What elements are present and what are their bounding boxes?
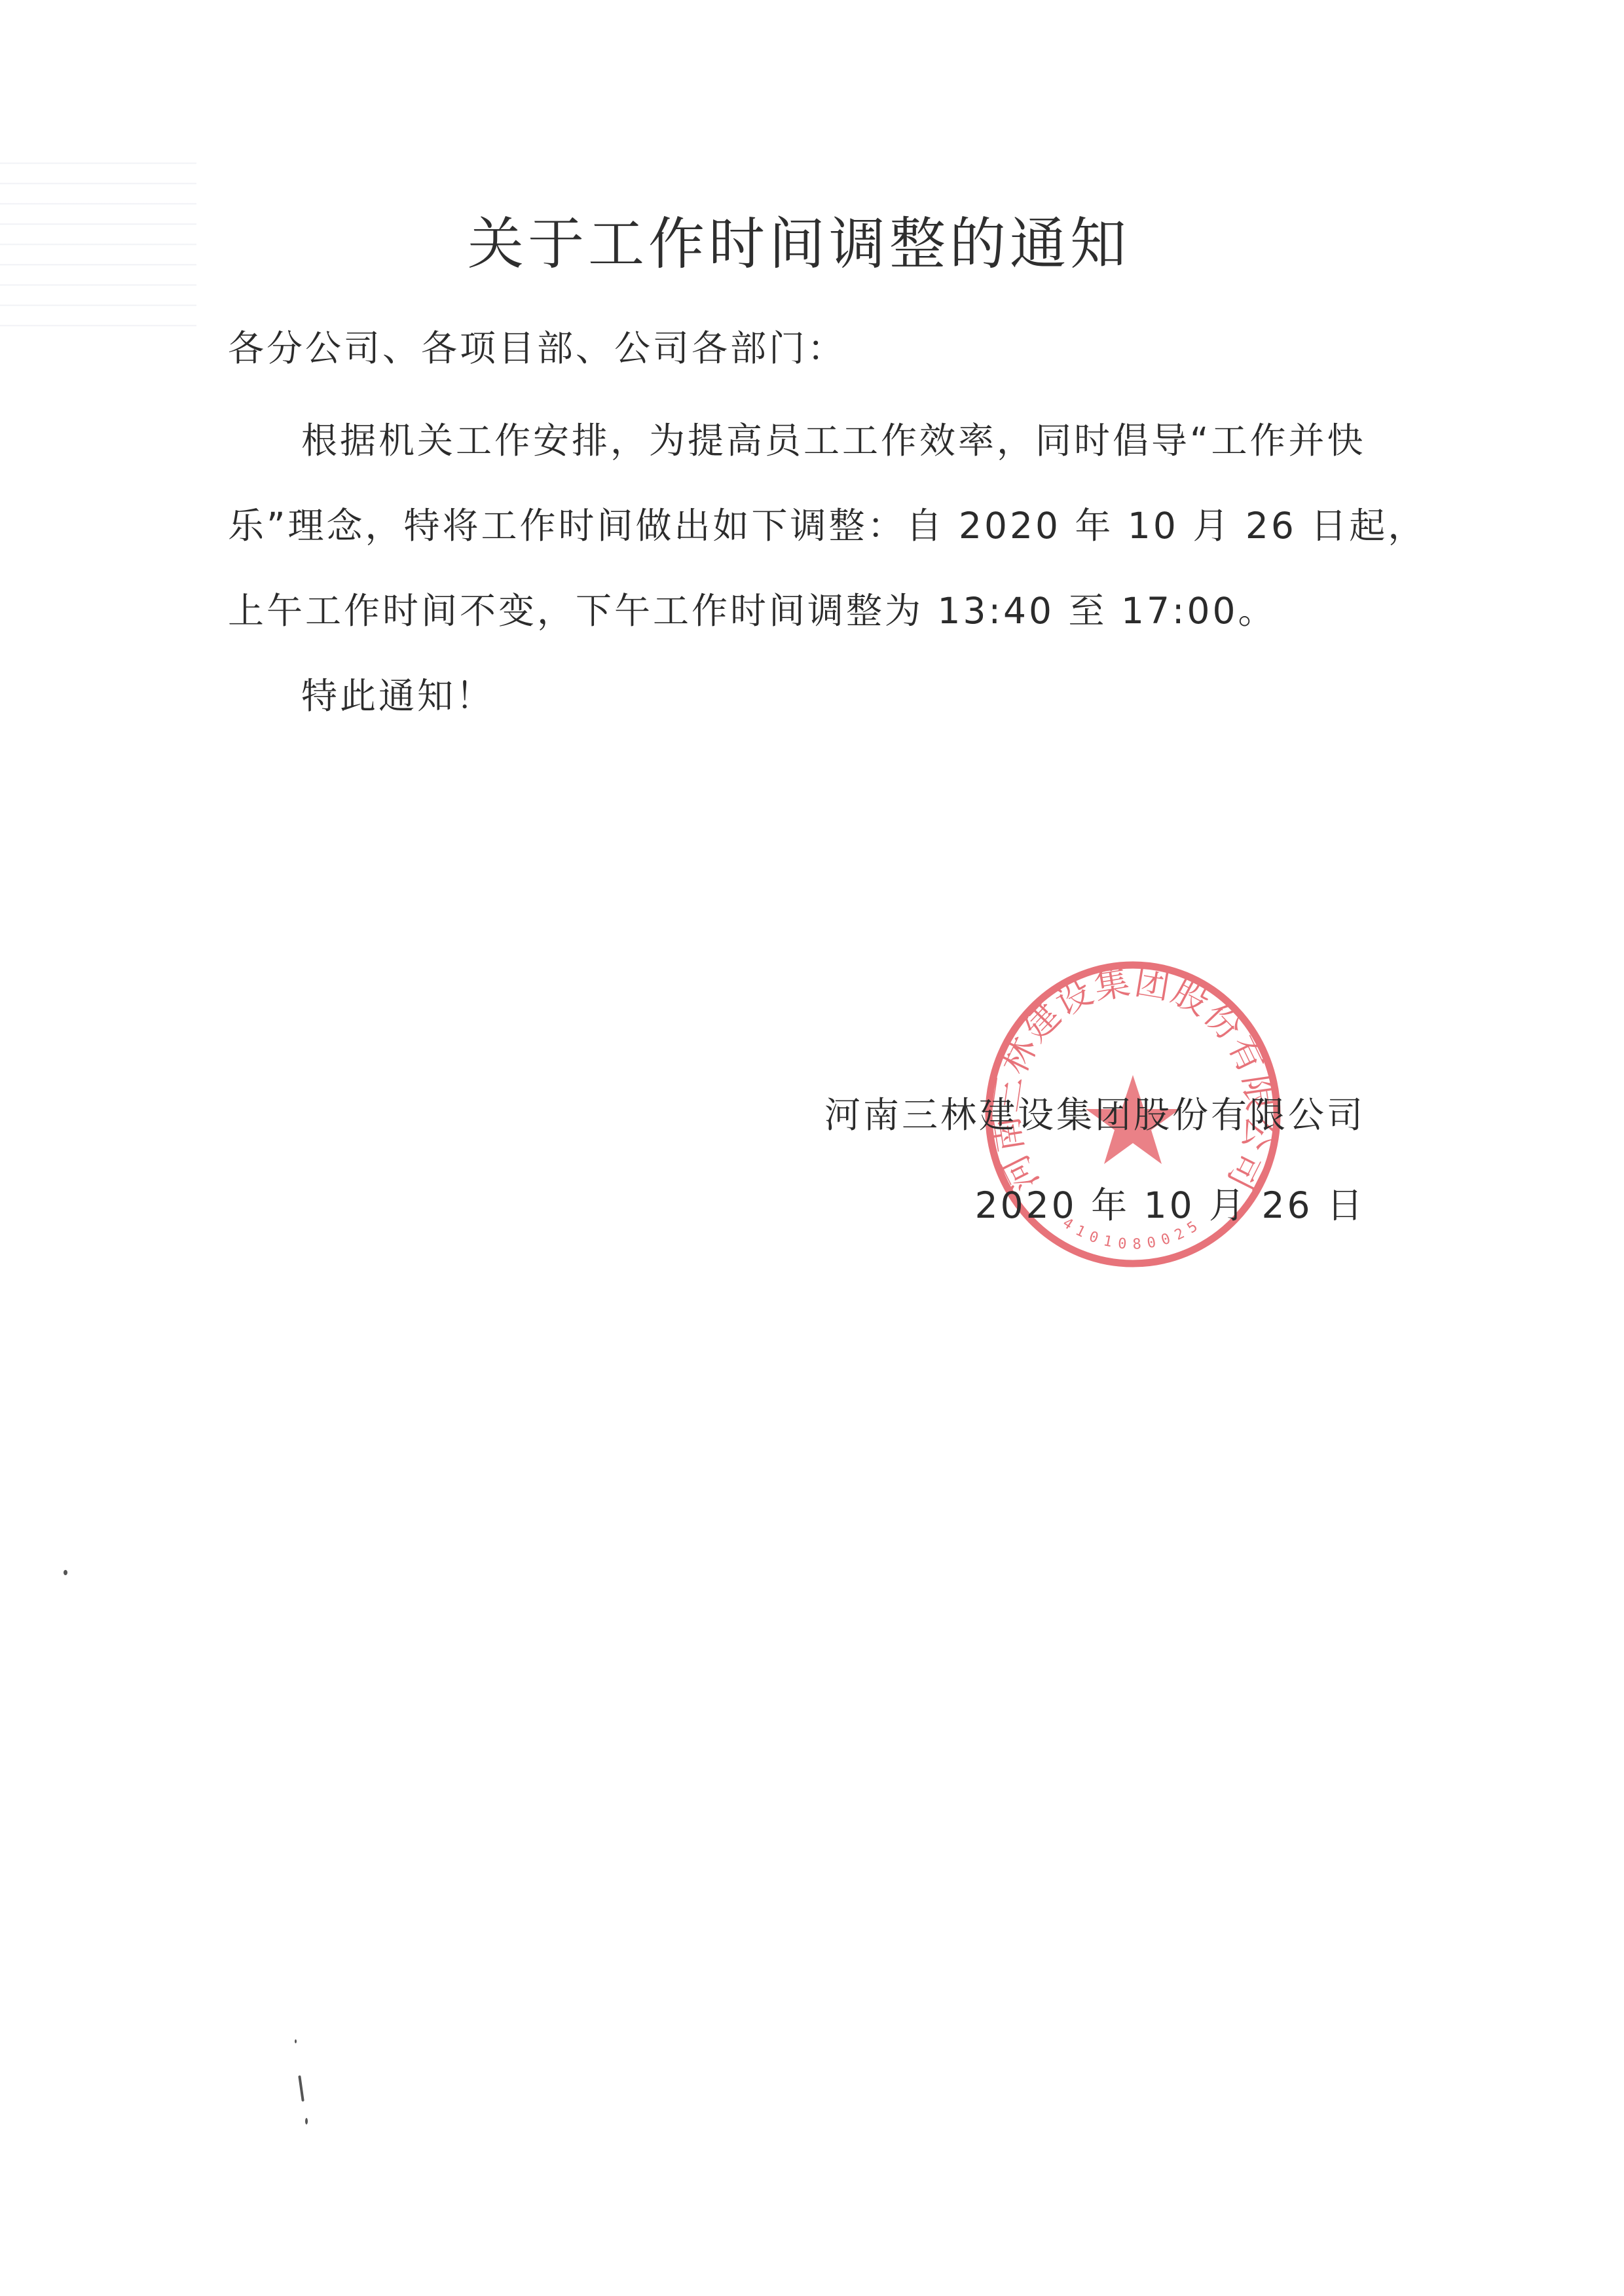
paragraph-line-1: 根据机关工作安排，为提高员工工作效率，同时倡导“工作并快 xyxy=(301,418,1366,464)
signature-company: 河南三林建设集团股份有限公司 xyxy=(824,1092,1365,1138)
scan-speck xyxy=(295,2039,297,2043)
scan-speck xyxy=(305,2118,308,2124)
scan-mark xyxy=(298,2075,304,2102)
signature-date: 2020 年 10 月 26 日 xyxy=(975,1182,1365,1228)
scan-speck xyxy=(64,1570,67,1575)
document-page: 关于工作时间调整的通知 各分公司、各项目部、公司各部门： 根据机关工作安排，为提… xyxy=(0,0,1624,2296)
document-title: 关于工作时间调整的通知 xyxy=(0,208,1611,280)
paragraph-line-2: 乐”理念，特将工作时间做出如下调整：自 2020 年 10 月 26 日起， xyxy=(228,503,1426,549)
paragraph-line-3: 上午工作时间不变，下午工作时间调整为 13:40 至 17:00。 xyxy=(228,588,1276,634)
salutation: 各分公司、各项目部、公司各部门： xyxy=(228,325,846,371)
closing-line: 特此通知！ xyxy=(301,673,494,719)
